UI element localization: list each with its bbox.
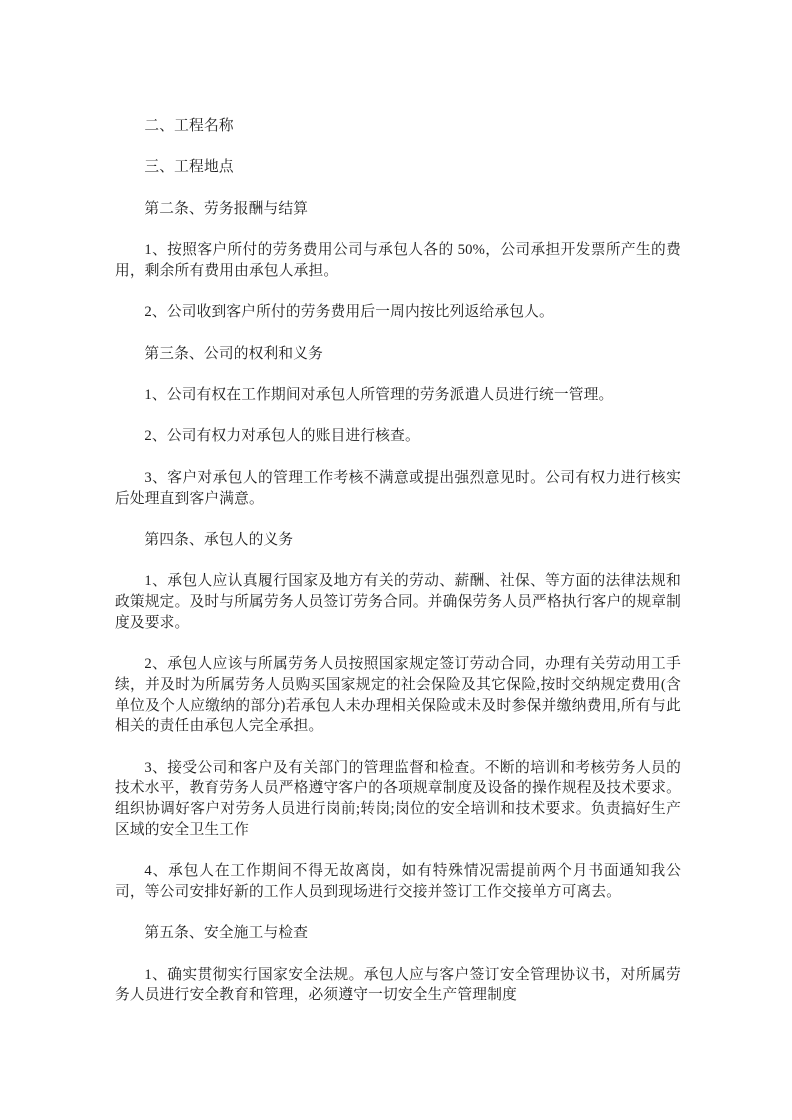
paragraph: 4、承包人在工作期间不得无故离岗，如有特殊情况需提前两个月书面通知我公司，等公司…	[115, 861, 681, 902]
paragraph: 2、公司有权力对承包人的账目进行核查。	[115, 426, 681, 447]
paragraph: 第三条、公司的权利和义务	[115, 344, 681, 365]
paragraph: 2、公司收到客户所付的劳务费用后一周内按比列返给承包人。	[115, 302, 681, 323]
paragraph: 2、承包人应该与所属劳务人员按照国家规定签订劳动合同，办理有关劳动用工手续，并及…	[115, 654, 681, 737]
paragraph: 1、按照客户所付的劳务费用公司与承包人各的 50%，公司承担开发票所产生的费用，…	[115, 240, 681, 281]
paragraph: 第二条、劳务报酬与结算	[115, 199, 681, 220]
document-page: 二、工程名称三、工程地点第二条、劳务报酬与结算1、按照客户所付的劳务费用公司与承…	[0, 0, 792, 1120]
paragraph: 1、公司有权在工作期间对承包人所管理的劳务派遣人员进行统一管理。	[115, 385, 681, 406]
paragraph: 三、工程地点	[115, 157, 681, 178]
paragraph: 3、客户对承包人的管理工作考核不满意或提出强烈意见时。公司有权力进行核实后处理直…	[115, 468, 681, 509]
document-body: 二、工程名称三、工程地点第二条、劳务报酬与结算1、按照客户所付的劳务费用公司与承…	[115, 116, 681, 1027]
paragraph: 1、确实贯彻实行国家安全法规。承包人应与客户签订安全管理协议书，对所属劳务人员进…	[115, 965, 681, 1006]
paragraph: 第四条、承包人的义务	[115, 530, 681, 551]
paragraph: 第五条、安全施工与检查	[115, 923, 681, 944]
paragraph: 3、接受公司和客户及有关部门的管理监督和检查。不断的培训和考核劳务人员的技术水平…	[115, 758, 681, 841]
paragraph: 1、承包人应认真履行国家及地方有关的劳动、薪酬、社保、等方面的法律法规和政策规定…	[115, 571, 681, 633]
paragraph: 二、工程名称	[115, 116, 681, 137]
